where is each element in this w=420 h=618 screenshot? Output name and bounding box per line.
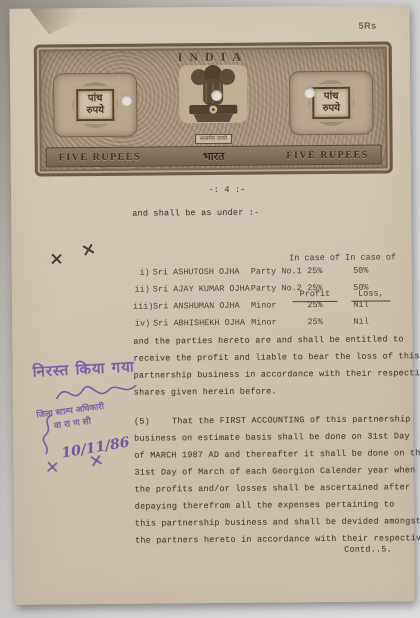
stamp-paper-sheet: 5Rs INDIA पांच रुपये — [9, 5, 414, 604]
stamp-right-denomination-hindi: पांच रुपये — [312, 87, 350, 119]
stamp-left-denomination-hindi: पांच रुपये — [76, 89, 114, 121]
stamp-bottom-band: FIVE RUPEES भारत FIVE RUPEES — [46, 145, 382, 168]
paper-corner-fold — [29, 8, 103, 35]
profit-loss-table: In case of Profit In case of Loss, i) Sr… — [132, 227, 403, 339]
table-row: iv) Sri ABHISHEKH OJHA Minor 25% Nil — [133, 312, 403, 331]
shares-paragraph: and the parties hereto are and shall be … — [133, 331, 409, 401]
pen-cross-mark — [81, 242, 95, 256]
revenue-stamp-banner: INDIA पांच रुपये सत्यम — [34, 41, 393, 176]
pen-cross-mark — [44, 459, 59, 474]
punch-hole — [304, 87, 315, 98]
punch-hole — [121, 95, 132, 106]
clause-number: (5) — [134, 413, 172, 430]
stamp-bharat-label: भारत — [203, 148, 224, 163]
table-rows: i) Sri ASHUTOSH OJHA Party No.1 25% 50% … — [133, 261, 404, 331]
signature-flourish-ink — [37, 412, 59, 456]
pen-cross-mark — [49, 252, 64, 267]
stamp-motto: सत्यमेव जयते — [195, 134, 232, 144]
page-number: -: 4 :- — [177, 181, 277, 199]
intro-line: and shall be as under :- — [132, 205, 259, 223]
stamp-right-panel: पांच रुपये — [289, 71, 374, 136]
stamp-five-rupees-left: FIVE RUPEES — [59, 151, 141, 163]
corner-denomination: 5Rs — [359, 21, 377, 31]
pen-cross-mark — [89, 454, 103, 468]
continuation-marker: Contd..5. — [344, 541, 392, 558]
clause-5-paragraph: (5) That the FIRST ACCOUNTING of this pa… — [134, 411, 410, 549]
stamp-five-rupees-right: FIVE RUPEES — [286, 149, 368, 161]
punch-hole — [211, 90, 222, 101]
